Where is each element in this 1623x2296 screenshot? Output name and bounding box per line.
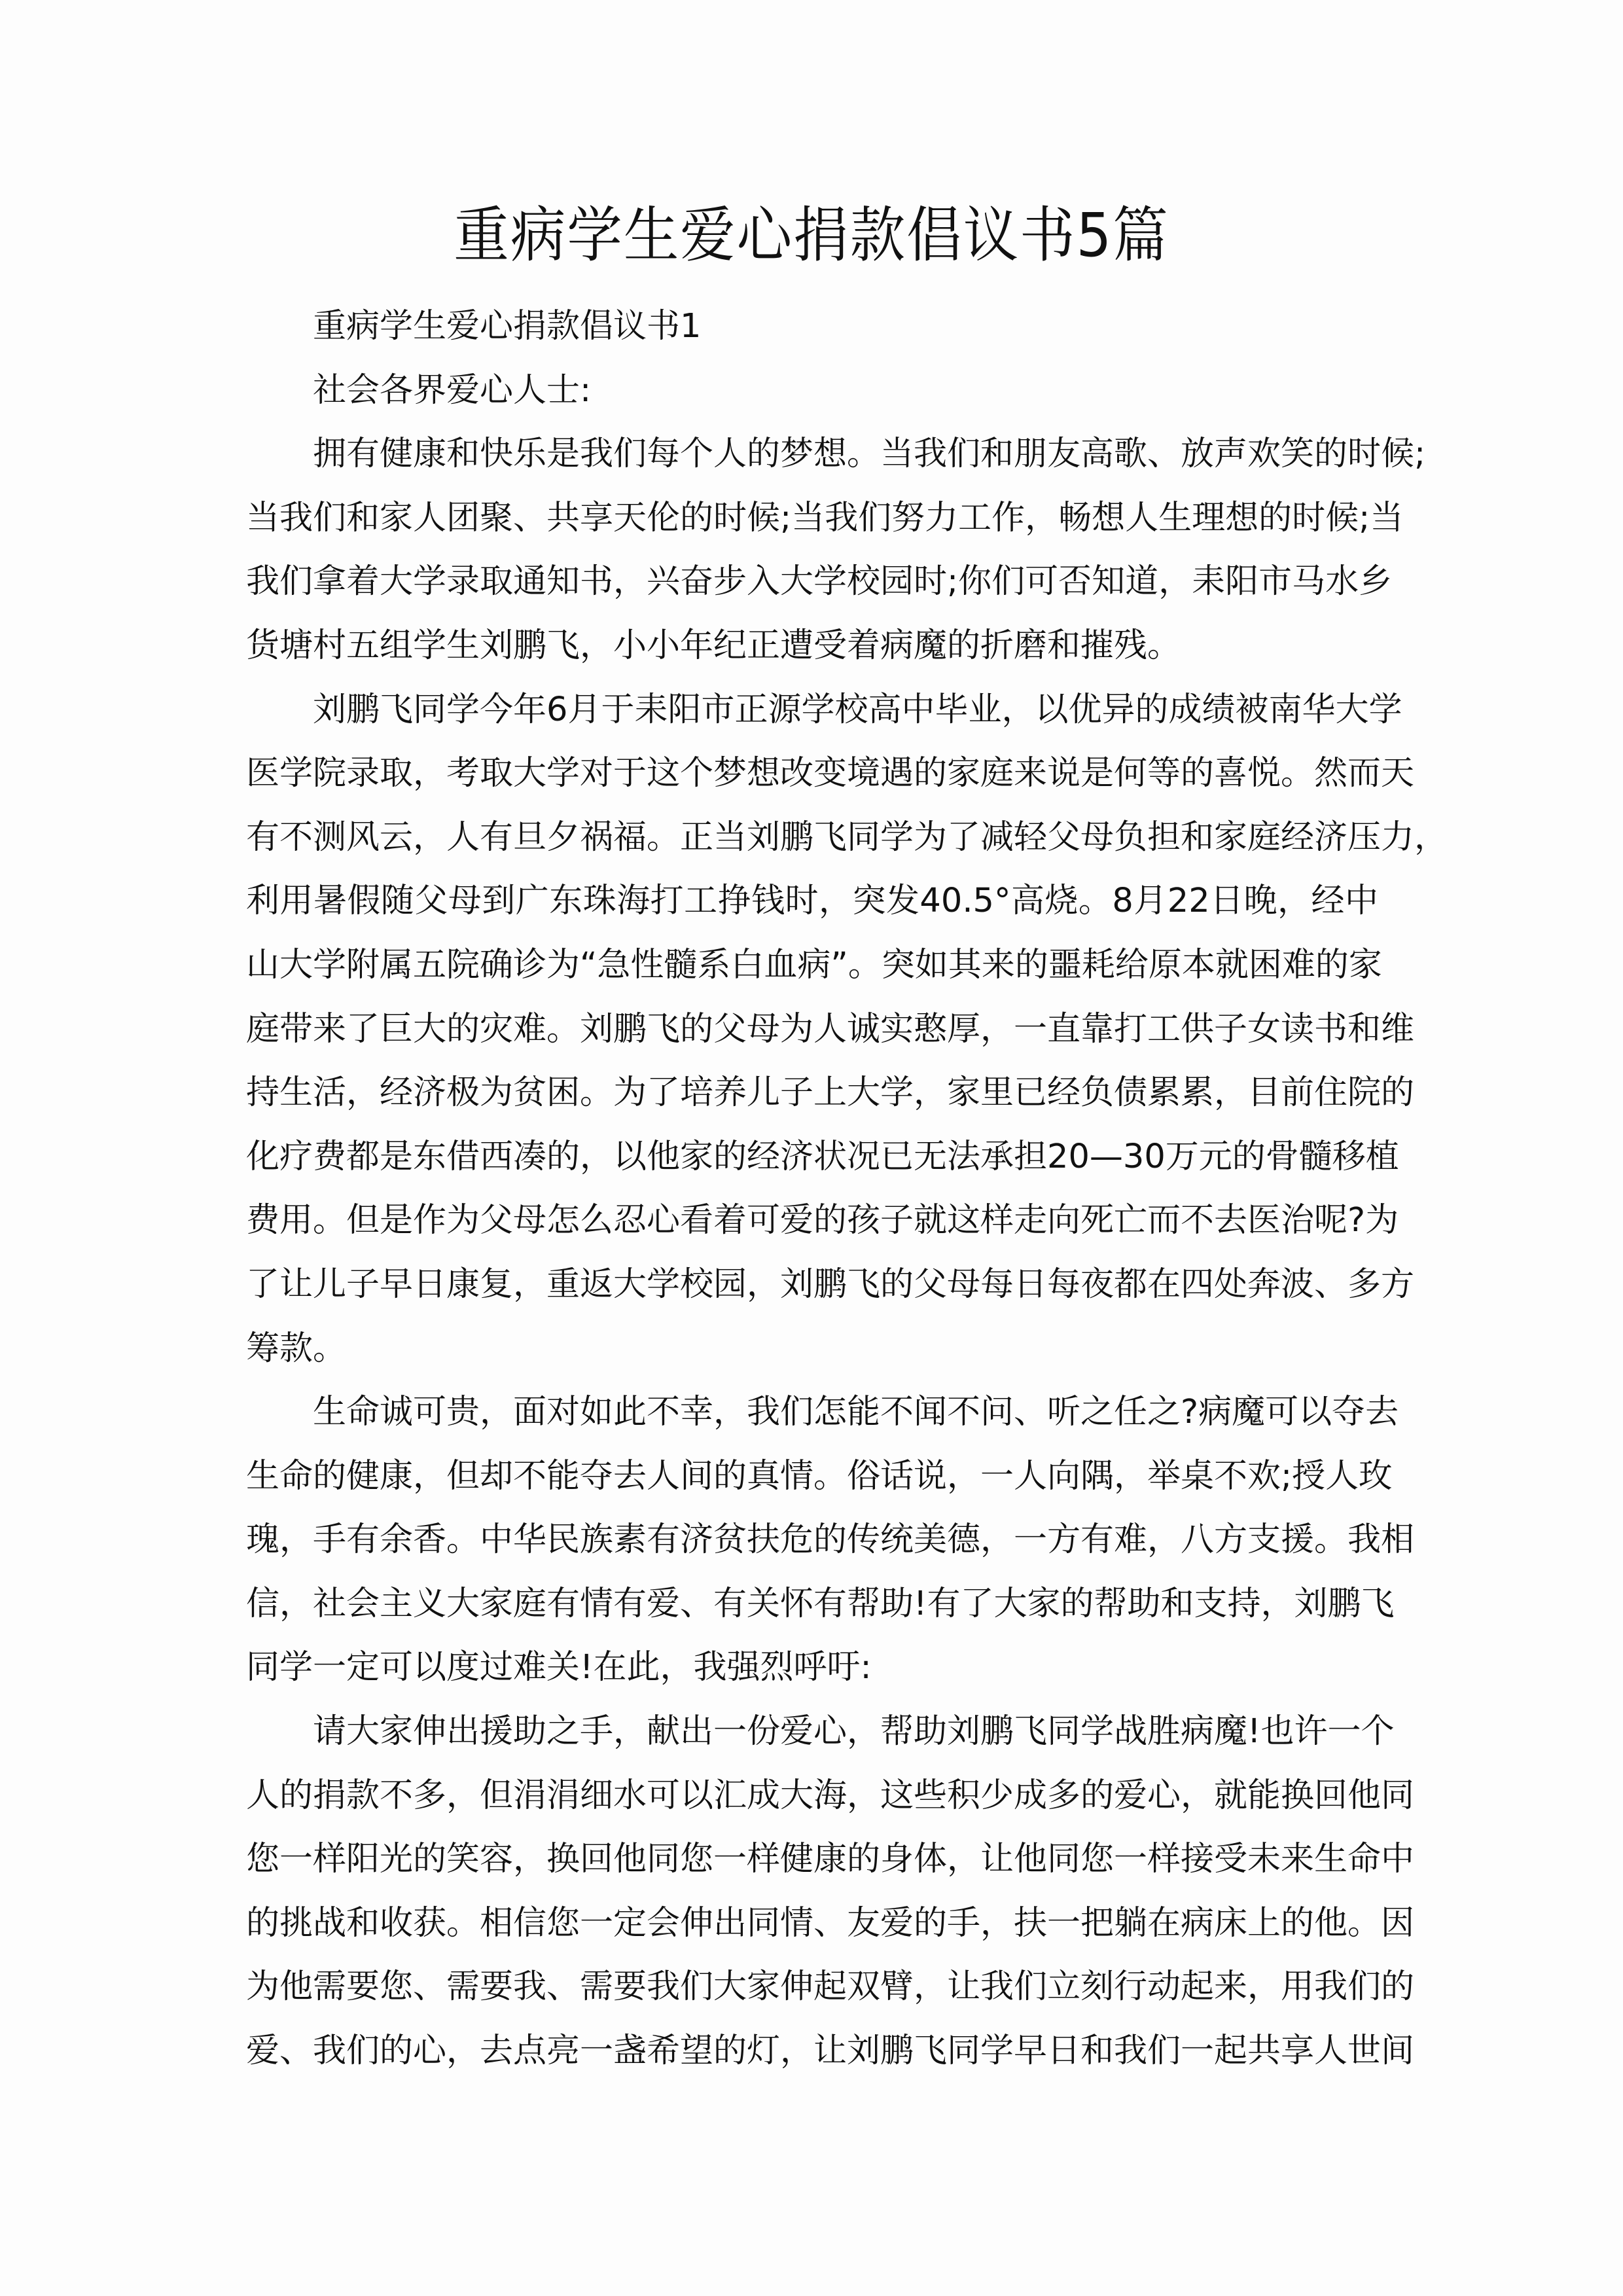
paragraph-line: 有不测风云，人有旦夕祸福。正当刘鹏飞同学为了减轻父母负担和家庭经济压力， (246, 806, 1378, 870)
document-page: 重病学生爱心捐款倡议书5篇 重病学生爱心捐款倡议书1 社会各界爱心人士: 拥有健… (0, 0, 1623, 2296)
paragraph-3: 生命诚可贵，面对如此不幸，我们怎能不闻不问、听之任之?病魔可以夺去 生命的健康，… (246, 1380, 1378, 1700)
paragraph-line: 医学院录取，考取大学对于这个梦想改变境遇的家庭来说是何等的喜悦。然而天 (246, 742, 1378, 806)
paragraph-line: 瑰，手有余香。中华民族素有济贫扶危的传统美德，一方有难，八方支援。我相 (246, 1508, 1378, 1572)
document-title: 重病学生爱心捐款倡议书5篇 (65, 193, 1558, 278)
paragraph-line: 人的捐款不多，但涓涓细水可以汇成大海，这些积少成多的爱心，就能换回他同 (246, 1764, 1378, 1828)
paragraph-line: 生命的健康，但却不能夺去人间的真情。俗话说，一人向隅，举桌不欢;授人玫 (246, 1444, 1378, 1509)
salutation: 社会各界爱心人士: (246, 359, 1378, 423)
paragraph-line: 我们拿着大学录取通知书，兴奋步入大学校园时;你们可否知道，耒阳市马水乡 (246, 550, 1378, 614)
paragraph-line: 货塘村五组学生刘鹏飞，小小年纪正遭受着病魔的折磨和摧残。 (246, 614, 1378, 678)
paragraph-line: 持生活，经济极为贫困。为了培养儿子上大学，家里已经负债累累，目前住院的 (246, 1061, 1378, 1125)
paragraph-line: 利用暑假随父母到广东珠海打工挣钱时，突发40.5°高烧。8月22日晚，经中 (246, 869, 1378, 933)
paragraph-line: 当我们和家人团聚、共享天伦的时候;当我们努力工作，畅想人生理想的时候;当 (246, 486, 1378, 550)
paragraph-line: 您一样阳光的笑容，换回他同您一样健康的身体，让他同您一样接受未来生命中 (246, 1827, 1378, 1892)
paragraph-line: 的挑战和收获。相信您一定会伸出同情、友爱的手，扶一把躺在病床上的他。因 (246, 1892, 1378, 1956)
paragraph-line: 了让儿子早日康复，重返大学校园，刘鹏飞的父母每日每夜都在四处奔波、多方 (246, 1253, 1378, 1317)
document-body: 重病学生爱心捐款倡议书1 社会各界爱心人士: 拥有健康和快乐是我们每个人的梦想。… (246, 295, 1378, 2083)
paragraph-line: 化疗费都是东借西凑的，以他家的经济状况已无法承担20—30万元的骨髓移植 (246, 1125, 1378, 1189)
paragraph-line: 拥有健康和快乐是我们每个人的梦想。当我们和朋友高歌、放声欢笑的时候; (246, 422, 1378, 486)
paragraph-line: 山大学附属五院确诊为“急性髓系白血病”。突如其来的噩耗给原本就困难的家 (246, 933, 1378, 997)
paragraph-line: 信，社会主义大家庭有情有爱、有关怀有帮助!有了大家的帮助和支持，刘鹏飞 (246, 1572, 1378, 1636)
paragraph-line: 生命诚可贵，面对如此不幸，我们怎能不闻不问、听之任之?病魔可以夺去 (246, 1380, 1378, 1444)
paragraph-1: 拥有健康和快乐是我们每个人的梦想。当我们和朋友高歌、放声欢笑的时候; 当我们和家… (246, 422, 1378, 677)
paragraph-line: 筹款。 (246, 1317, 1378, 1381)
section-subtitle: 重病学生爱心捐款倡议书1 (246, 295, 1378, 359)
paragraph-line: 请大家伸出援助之手，献出一份爱心，帮助刘鹏飞同学战胜病魔!也许一个 (246, 1700, 1378, 1764)
paragraph-line: 费用。但是作为父母怎么忍心看着可爱的孩子就这样走向死亡而不去医治呢?为 (246, 1189, 1378, 1253)
paragraph-line: 爱、我们的心，去点亮一盏希望的灯，让刘鹏飞同学早日和我们一起共享人世间 (246, 2019, 1378, 2083)
paragraph-line: 庭带来了巨大的灾难。刘鹏飞的父母为人诚实憨厚，一直靠打工供子女读书和维 (246, 997, 1378, 1062)
paragraph-4: 请大家伸出援助之手，献出一份爱心，帮助刘鹏飞同学战胜病魔!也许一个 人的捐款不多… (246, 1700, 1378, 2083)
paragraph-line: 为他需要您、需要我、需要我们大家伸起双臂，让我们立刻行动起来，用我们的 (246, 1955, 1378, 2019)
paragraph-2: 刘鹏飞同学今年6月于耒阳市正源学校高中毕业，以优异的成绩被南华大学 医学院录取，… (246, 678, 1378, 1381)
paragraph-line: 同学一定可以度过难关!在此，我强烈呼吁: (246, 1636, 1378, 1700)
paragraph-line: 刘鹏飞同学今年6月于耒阳市正源学校高中毕业，以优异的成绩被南华大学 (246, 678, 1378, 742)
